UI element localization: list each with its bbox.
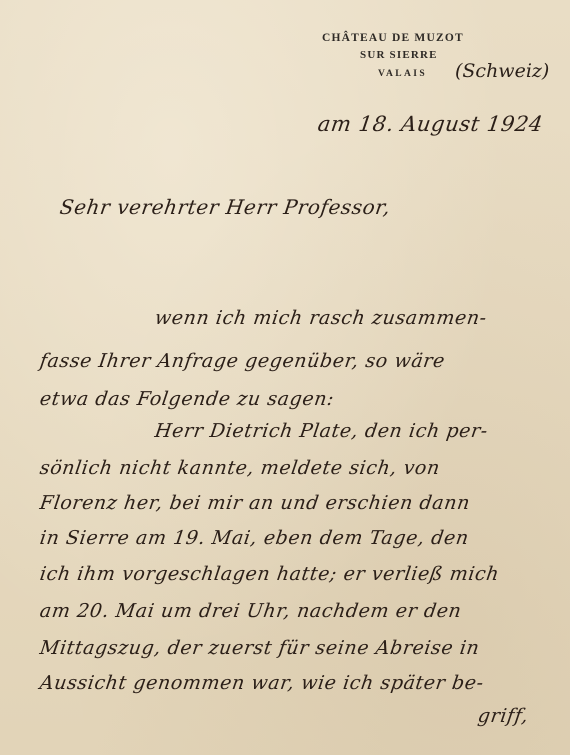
body-line-3: etwa das Folgende zu sagen: [38,388,335,410]
body-line-10: Mittagszug, der zuerst für seine Abreise… [38,637,481,659]
body-line-7: in Sierre am 19. Mai, eben dem Tage, den [38,527,470,549]
letterhead-town: SUR SIERRE [360,49,438,61]
letter-date: am 18. August 1924 [316,112,544,136]
salutation: Sehr verehrter Herr Professor, [58,195,392,219]
body-line-2: fasse Ihrer Anfrage gegenüber, so wäre [38,350,446,372]
body-line-9: am 20. Mai um drei Uhr, nachdem er den [38,600,463,622]
body-line-12: griff, [476,705,529,727]
body-line-1: wenn ich mich rasch zusammen- [153,307,488,329]
body-line-11: Aussicht genommen war, wie ich später be… [38,672,485,694]
letterhead-canton: VALAIS [378,69,427,79]
letterhead-chateau: CHÂTEAU DE MUZOT [322,32,464,44]
body-line-5: sönlich nicht kannte, meldete sich, von [38,457,441,479]
body-line-8: ich ihm vorgeschlagen hatte; er verließ … [38,563,500,585]
letterhead-handwritten-country: (Schweiz) [455,60,549,82]
letter-page: CHÂTEAU DE MUZOT SUR SIERRE VALAIS (Schw… [0,0,570,755]
body-line-6: Florenz her, bei mir an und erschien dan… [38,492,471,514]
body-line-4: Herr Dietrich Plate, den ich per- [153,420,489,442]
